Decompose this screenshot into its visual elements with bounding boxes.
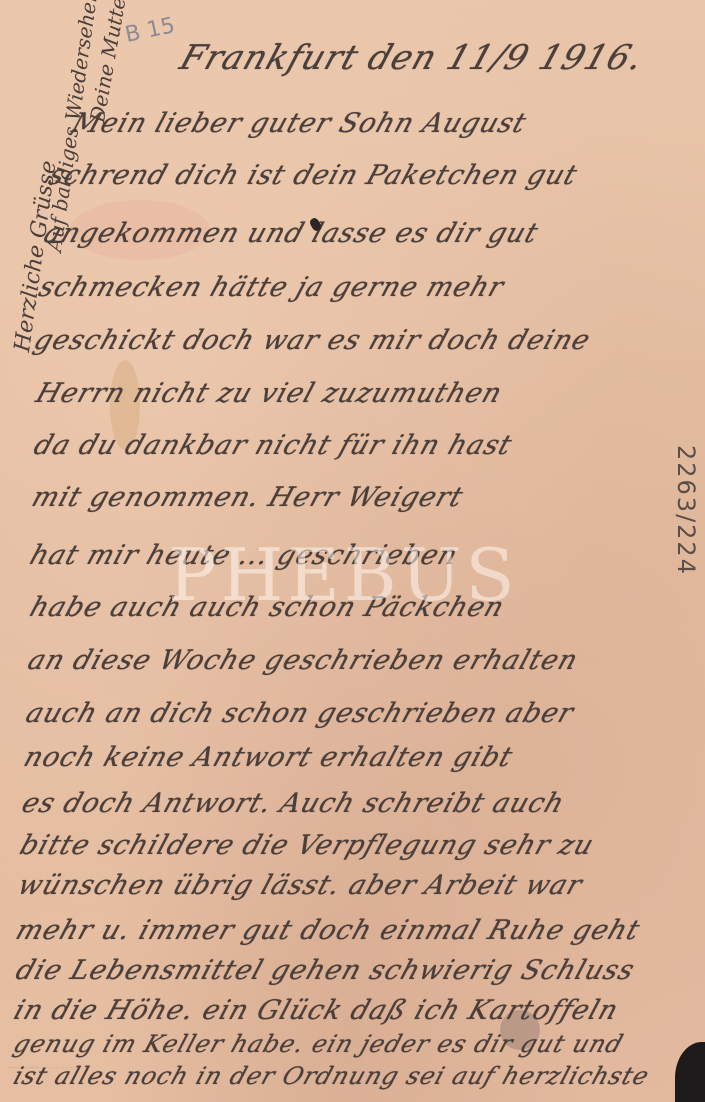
letter-line: Herrn nicht zu viel zuzumuthen	[32, 378, 506, 409]
letter-line: die Lebensmittel gehen schwierig Schluss	[12, 955, 639, 986]
letter-line: geschickt doch war es mir doch deine	[30, 325, 595, 356]
letter-line: Mein lieber guter Sohn August	[68, 108, 531, 139]
letter-line: mit genommen. Herr Weigert	[28, 482, 467, 513]
letter-line: auch an dich schon geschrieben aber	[22, 698, 578, 729]
watermark: PHEBUS	[168, 533, 519, 617]
letter-line: schmecken hätte ja gerne mehr	[35, 272, 508, 303]
letter-line: schrend dich ist dein Paketchen gut	[45, 160, 582, 191]
letter-line: mehr u. immer gut doch einmal Ruhe geht	[12, 915, 644, 946]
letter-line: ist alles noch in der Ordnung sei auf he…	[10, 1062, 653, 1090]
letter-line: gegrüsst und 1000 mal geküsst von deiner…	[8, 1068, 77, 1069]
letter-line: angekommen und lasse es dir gut	[40, 218, 543, 249]
letter-line: bitte schildere die Verpflegung sehr zu	[16, 830, 598, 861]
letter-line: wünschen übrig lässt. aber Arbeit war	[14, 870, 587, 901]
archive-number: 2263/224	[672, 445, 700, 576]
letter-line: es doch Antwort. Auch schreibt auch	[18, 788, 569, 819]
letter-line: an diese Woche geschrieben erhalten	[24, 645, 582, 676]
letter-date-heading: Frankfurt den 11/9 1916.	[175, 38, 649, 78]
letter-line: genug im Keller habe. ein jeder es dir g…	[10, 1030, 627, 1058]
letter-line: in die Höhe. ein Glück daß ich Kartoffel…	[10, 995, 623, 1026]
letter-line: da du dankbar nicht für ihn hast	[30, 430, 516, 461]
letter-line: noch keine Antwort erhalten gibt	[20, 742, 517, 773]
